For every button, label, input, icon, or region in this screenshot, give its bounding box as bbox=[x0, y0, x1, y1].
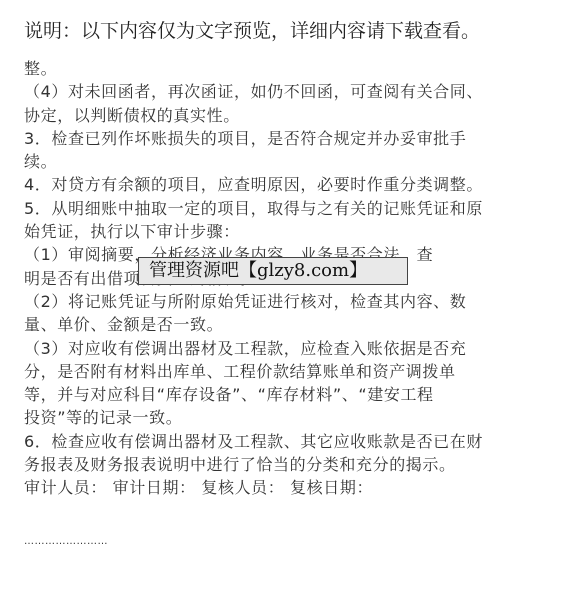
text-line: 5．从明细账中抽取一定的项目，取得与之有关的记账凭证和原 bbox=[24, 197, 554, 220]
text-line: 整。 bbox=[24, 57, 554, 80]
preview-notice: 说明：以下内容仅为文字预览，详细内容请下载查看。 bbox=[24, 16, 480, 43]
text-line: 6．检查应收有偿调出器材及工程款、其它应收账款是否已在财 bbox=[24, 430, 554, 453]
text-line: 4．对贷方有余额的项目，应查明原因，必要时作重分类调整。 bbox=[24, 173, 554, 196]
text-line: （3）对应收有偿调出器材及工程款，应检查入账依据是否充 bbox=[24, 337, 554, 360]
text-line: （4）对未回函者，再次函证，如仍不回函，可查阅有关合同、 bbox=[24, 80, 554, 103]
text-line: 量、单价、金额是否一致。 bbox=[24, 313, 554, 336]
watermark-banner: 管理资源吧【glzy8.com】 bbox=[138, 257, 408, 285]
signature-line: 审计人员： 审计日期： 复核人员： 复核日期： bbox=[24, 476, 554, 499]
text-line: 投资”等的记录一致。 bbox=[24, 406, 554, 429]
text-line: 务报表及财务报表说明中进行了恰当的分类和充分的揭示。 bbox=[24, 453, 554, 476]
text-line: 分，是否附有材料出库单、工程价款结算账单和资产调拨单 bbox=[24, 360, 554, 383]
text-line: 始凭证，执行以下审计步骤： bbox=[24, 220, 554, 243]
text-line: 等，并与对应科目“库存设备”、“库存材料”、“建安工程 bbox=[24, 383, 554, 406]
text-line: 协定，以判断债权的真实性。 bbox=[24, 104, 554, 127]
text-line: 3．检查已列作坏账损失的项目，是否符合规定并办妥审批手 bbox=[24, 127, 554, 150]
text-line: （2）将记账凭证与所附原始凭证进行核对，检查其内容、数 bbox=[24, 290, 554, 313]
text-line: 续。 bbox=[24, 150, 554, 173]
ellipsis-dots: …………………… bbox=[24, 536, 108, 547]
